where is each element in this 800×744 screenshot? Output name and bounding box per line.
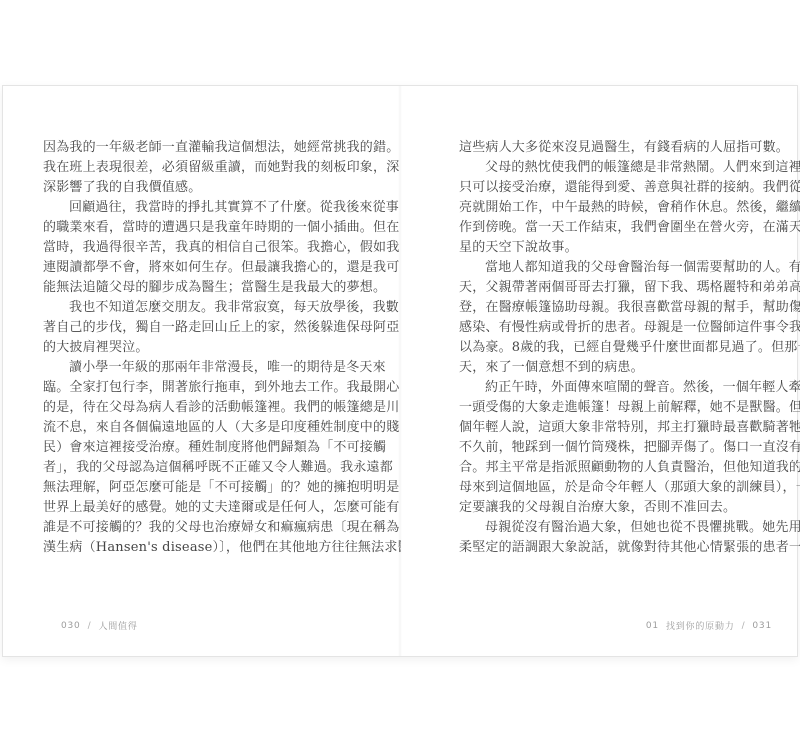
text-line: 臨。全家打包行李，開著旅行拖車，到外地去工作。我最開心	[43, 378, 401, 398]
text-line: 的大披肩裡哭泣。	[43, 338, 401, 358]
footer-separator: ∕	[88, 621, 92, 631]
text-line: 感染、有慢性病或骨折的患者。母親是一位醫師這件事令我引	[459, 318, 800, 338]
text-line: 深影響了我的自我價值感。	[43, 178, 401, 198]
text-line: 當時，我過得很辛苦，我真的相信自己很笨。我擔心，假如我	[43, 238, 401, 258]
text-line: 天，來了一個意想不到的病患。	[459, 358, 800, 378]
text-line: 一頭受傷的大象走進帳篷！母親上前解釋，她不是獸醫。但那	[459, 398, 800, 418]
right-page-footer: 01 找到你的原動力 ∕ 031	[646, 619, 772, 632]
text-line: 讀小學一年級的那兩年非常漫長，唯一的期待是冬天來	[43, 358, 401, 378]
text-line: 天，父親帶著兩個哥哥去打獵，留下我、瑪格麗特和弟弟高	[459, 278, 800, 298]
text-line: 個年輕人說，這頭大象非常特別，邦主打獵時最喜歡騎著牠。	[459, 418, 800, 438]
book-title: 人間值得	[98, 619, 137, 632]
right-page: 這些病人大多從來沒見過醫生，有錢看病的人屈指可數。 父母的熱忱使我們的帳篷總是非…	[400, 86, 796, 656]
text-line: 連閱讀都學不會，將來如何生存。但最讓我擔心的，還是我可	[43, 258, 401, 278]
text-line: 定要讓我的父母親自治療大象，否則不准回去。	[459, 498, 800, 518]
text-line: 以為豪。8歲的我，已經自覺幾乎什麼世面都見過了。但那一	[459, 338, 800, 358]
text-line: 世界上最美好的感覺。她的丈夫達爾或是任何人，怎麼可能有	[43, 498, 401, 518]
text-line: 的是，待在父母為病人看診的活動帳篷裡。我們的帳篷總是川	[43, 398, 401, 418]
text-line: 流不息，來自各個偏遠地區的人（大多是印度種姓制度中的賤	[43, 418, 401, 438]
chapter-title: 找到你的原動力	[666, 619, 735, 632]
text-line: 能無法追隨父母的腳步成為醫生；當醫生是我最大的夢想。	[43, 278, 401, 298]
left-page-footer: 030 ∕ 人間值得	[61, 619, 138, 632]
text-line: 柔堅定的語調跟大象說話，就像對待其他心情緊張的患者一	[459, 538, 800, 558]
text-line: 父母的熱忱使我們的帳篷總是非常熱鬧。人們來到這裡不	[459, 158, 800, 178]
text-line: 母來到這個地區，於是命令年輕人（那頭大象的訓練員），一	[459, 478, 800, 498]
left-folio-number: 030	[61, 621, 81, 631]
text-line: 無法理解，阿亞怎麼可能是「不可接觸」的？她的擁抱明明是	[43, 478, 401, 498]
text-line: 約正午時，外面傳來喧鬧的聲音。然後，一個年輕人牽著	[459, 378, 800, 398]
text-line: 我在班上表現很差，必須留級重讀，而她對我的刻板印象，深	[43, 158, 401, 178]
text-line: 的職業來看，當時的遭遇只是我童年時期的一個小插曲。但在	[43, 218, 401, 238]
text-line: 者」，我的父母認為這個稱呼既不正確又令人難過。我永遠都	[43, 458, 401, 478]
text-line: 登，在醫療帳篷協助母親。我很喜歡當母親的幫手，幫助傷口	[459, 298, 800, 318]
text-line: 星的天空下說故事。	[459, 238, 800, 258]
right-folio-number: 031	[752, 621, 772, 631]
text-line: 誰是不可接觸的？我的父母也治療婦女和痲瘋病患〔現在稱為	[43, 518, 401, 538]
right-page-text: 這些病人大多從來沒見過醫生，有錢看病的人屈指可數。 父母的熱忱使我們的帳篷總是非…	[459, 138, 800, 558]
text-line: 漢生病（Hansen's disease）〕，他們在其他地方往往無法求醫。	[43, 538, 401, 558]
text-line: 著自己的步伐，獨自一路走回山丘上的家，然後躲進保母阿亞	[43, 318, 401, 338]
text-line: 作到傍晚。當一天工作結束，我們會圍坐在營火旁，在滿天星	[459, 218, 800, 238]
text-line: 不久前，牠踩到一個竹筒殘株，把腳弄傷了。傷口一直沒有癒	[459, 438, 800, 458]
text-line: 亮就開始工作，中午最熱的時候，會稍作休息。然後，繼續工	[459, 198, 800, 218]
text-line: 因為我的一年級老師一直灌輸我這個想法，她經常挑我的錯。	[43, 138, 401, 158]
chapter-number: 01	[646, 621, 659, 631]
text-line: 當地人都知道我的父母會醫治每一個需要幫助的人。有一	[459, 258, 800, 278]
text-line: 只可以接受治療，還能得到愛、善意與社群的接納。我們從天	[459, 178, 800, 198]
text-line: 我也不知道怎麼交朋友。我非常寂寞，每天放學後，我數	[43, 298, 401, 318]
left-page: 因為我的一年級老師一直灌輸我這個想法，她經常挑我的錯。 我在班上表現很差，必須留…	[3, 86, 399, 656]
text-line: 母親從沒有醫治過大象，但她也從不畏懼挑戰。她先用溫	[459, 518, 800, 538]
text-line: 合。邦主平常是指派照顧動物的人負責醫治，但他知道我的父	[459, 458, 800, 478]
book-spread: 因為我的一年級老師一直灌輸我這個想法，她經常挑我的錯。 我在班上表現很差，必須留…	[2, 85, 798, 657]
text-line: 民）會來這裡接受治療。種姓制度將他們歸類為「不可接觸	[43, 438, 401, 458]
footer-separator: ∕	[742, 621, 746, 631]
text-line: 這些病人大多從來沒見過醫生，有錢看病的人屈指可數。	[459, 138, 800, 158]
text-line: 回顧過往，我當時的掙扎其實算不了什麼。從我後來從事	[43, 198, 401, 218]
left-page-text: 因為我的一年級老師一直灌輸我這個想法，她經常挑我的錯。 我在班上表現很差，必須留…	[43, 138, 401, 558]
